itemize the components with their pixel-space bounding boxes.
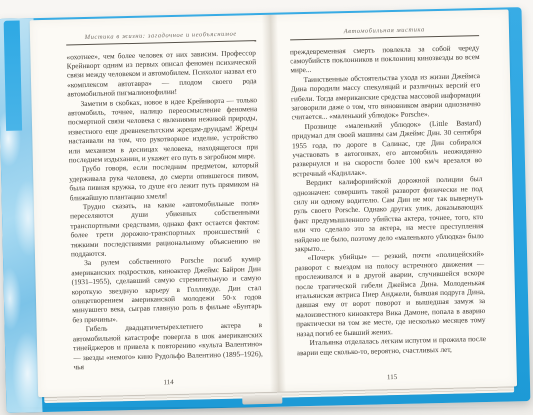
page-right: Автомобильная мистика преждевременная см…	[277, 9, 517, 391]
paragraph: Грубо говоря, если последним предметом, …	[69, 160, 259, 202]
page-number-left: 114	[74, 376, 264, 388]
photo-of-open-book: Мистика в жизни: загадочное и необъясним…	[0, 0, 533, 415]
paragraph: За рулем собственного Porsche погиб куми…	[71, 255, 262, 325]
page-left-body: «охотнее», чем более человек от них зави…	[66, 48, 263, 374]
paragraph: Заметим в скобках, новое в идее Крейнвор…	[67, 95, 258, 165]
paragraph: Итальянка отделалась легким испугом и пр…	[296, 334, 486, 357]
paragraph: Гибель двадцатичетырехлетнего актера в а…	[73, 320, 264, 371]
paragraph: Таинственные обстоятельства ухода из жиз…	[290, 71, 481, 122]
book-cover-left-edge	[4, 20, 22, 130]
paragraph: Трудно сказать, на какие «автомобильные …	[70, 198, 261, 259]
page-left: Мистика в жизни: загадочное и необъясним…	[30, 15, 270, 397]
page-right-body: преждевременная смерть повлекла за собой…	[290, 43, 487, 369]
book-shadow	[10, 407, 523, 413]
spine-headband	[242, 395, 282, 405]
paragraph: «охотнее», чем более человек от них зави…	[66, 48, 257, 99]
paragraph: Прозвище «маленький ублюдок» (Little Bas…	[292, 118, 483, 179]
page-number-right: 115	[297, 371, 487, 383]
paragraph: «Почерк убийцы» — резкий, почти «полицей…	[295, 249, 486, 338]
paragraph: Вердикт калифорнийской дорожной полиции …	[293, 174, 484, 254]
book: Мистика в жизни: загадочное и необъясним…	[0, 7, 530, 413]
open-page-spread: Мистика в жизни: загадочное и необъясним…	[30, 9, 517, 397]
paragraph: преждевременная смерть повлекла за собой…	[290, 43, 480, 76]
